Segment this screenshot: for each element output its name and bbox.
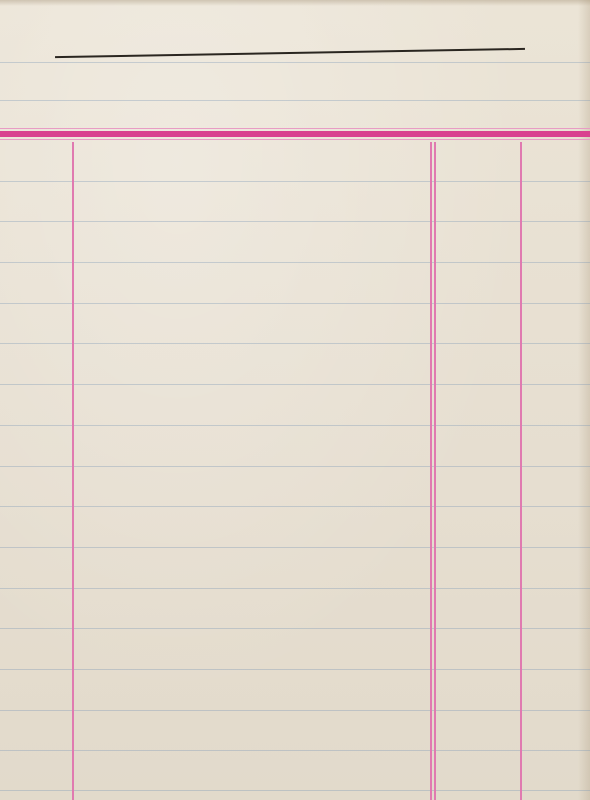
column-line-1b [434,142,436,800]
header-margin-band [0,128,590,142]
ruling-line [0,588,590,589]
ruling-line [0,710,590,711]
column-line-1a [430,142,432,800]
left-margin-line [72,142,74,800]
ruling-line [0,262,590,263]
ruling-line [0,62,590,63]
ruling-line [0,303,590,304]
title-underline [55,48,525,58]
ruling-line [0,221,590,222]
ruling-line [0,181,590,182]
ruling-line [0,343,590,344]
page-edge-top [0,0,590,6]
ruling-line [0,750,590,751]
ruling-line [0,384,590,385]
ruling-line [0,466,590,467]
notebook-page [0,0,590,800]
ruling-line [0,425,590,426]
ruling-line [0,547,590,548]
ruling-line [0,669,590,670]
page-edge-right [578,0,590,800]
column-line-2 [520,142,522,800]
ruling-line [0,628,590,629]
ruling-line [0,790,590,791]
ruling-line [0,506,590,507]
ruling-line [0,100,590,101]
